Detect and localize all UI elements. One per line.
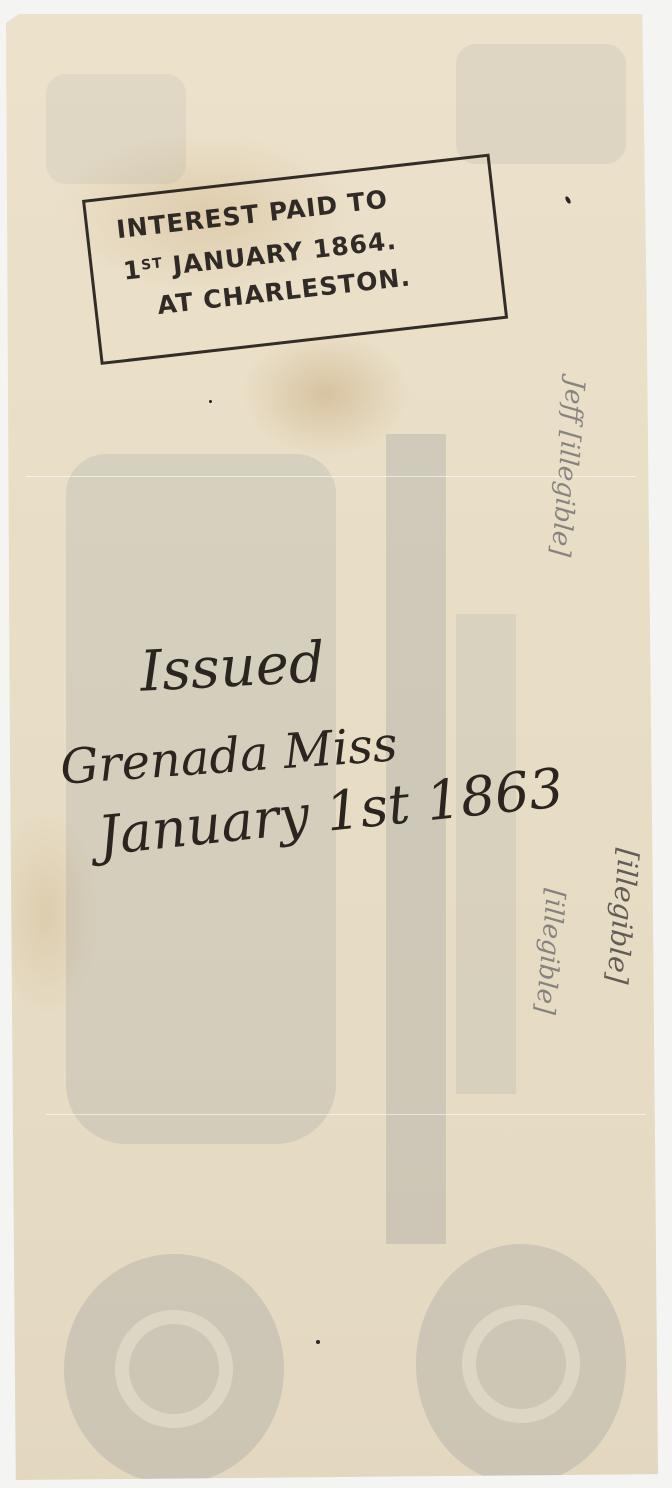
endorsement-issued: Issued <box>138 630 326 705</box>
ink-mark <box>209 400 212 403</box>
show-through-corner <box>456 44 626 164</box>
show-through-medallion-right <box>416 1244 626 1484</box>
fold-crease <box>26 476 636 477</box>
show-through-corner <box>46 74 186 184</box>
fold-crease <box>46 1114 646 1115</box>
ink-mark <box>316 1340 320 1344</box>
show-through-column <box>456 614 516 1094</box>
show-through-column <box>386 434 446 1244</box>
show-through-medallion-left <box>64 1254 284 1484</box>
